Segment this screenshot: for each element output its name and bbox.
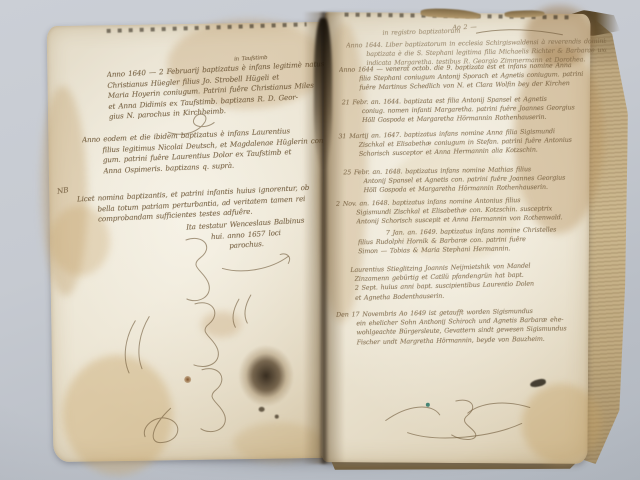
pen-flourish-bottom (380, 390, 540, 443)
pen-trial-squiggles (106, 235, 269, 452)
ink-speck (275, 415, 279, 419)
ink-speck (259, 407, 265, 412)
stain (62, 354, 174, 476)
ink-smudge (529, 378, 546, 388)
stain (201, 311, 241, 338)
archival-photo: in TaufstimbAnno 1640 — 2 Februarij bapt… (0, 0, 640, 480)
page-header-mark: Ao 2 — (452, 23, 476, 33)
signature-block: Ita testatur Wenceslaus Balbinushui. ann… (167, 214, 325, 255)
baptism-entry-1647-anna: 31 Martij an. 1647. baptizatus infans no… (338, 126, 605, 160)
baptism-entry-1649-christelles: 7 Jan. an. 1649. baptizatus infans nomin… (338, 225, 604, 258)
green-speck (426, 403, 430, 407)
baptism-entry-1649-laurentius: Laurentius Stieglitzing Joannis Neijmiet… (334, 260, 603, 303)
baptism-entry-1649-sigismundus: Den 17 Novembris Ao 1649 ist getaufft wo… (336, 306, 607, 348)
ink-blot (238, 344, 295, 407)
left-page: in TaufstimbAnno 1640 — 2 Februarij bapt… (47, 22, 328, 462)
baptism-entry-1644-margaretha: 21 Febr. an. 1644. baptizata est filia A… (342, 94, 604, 126)
rust-spot (184, 376, 191, 383)
worn-top-edge (107, 22, 307, 33)
page-header-note: in registro baptizatorum (382, 27, 460, 38)
margin-note-nb: NB (56, 185, 69, 197)
gutter-crevice-shadow (314, 18, 332, 168)
signature-swash (220, 250, 296, 275)
right-page: in registro baptizatorum Ao 2 — Anno 164… (321, 12, 590, 464)
baptism-entry-1648-mathias: 25 Febr. an. 1648. baptizatus infans nom… (343, 164, 605, 196)
baptism-entry-1644-anna: Anno 1644 — venerat octob. die 9. baptiz… (339, 60, 606, 93)
baptism-entry-1648-antonius: 2 Nov. an. 1648. baptizatus infans nomin… (336, 194, 605, 227)
header-swash (474, 25, 564, 38)
